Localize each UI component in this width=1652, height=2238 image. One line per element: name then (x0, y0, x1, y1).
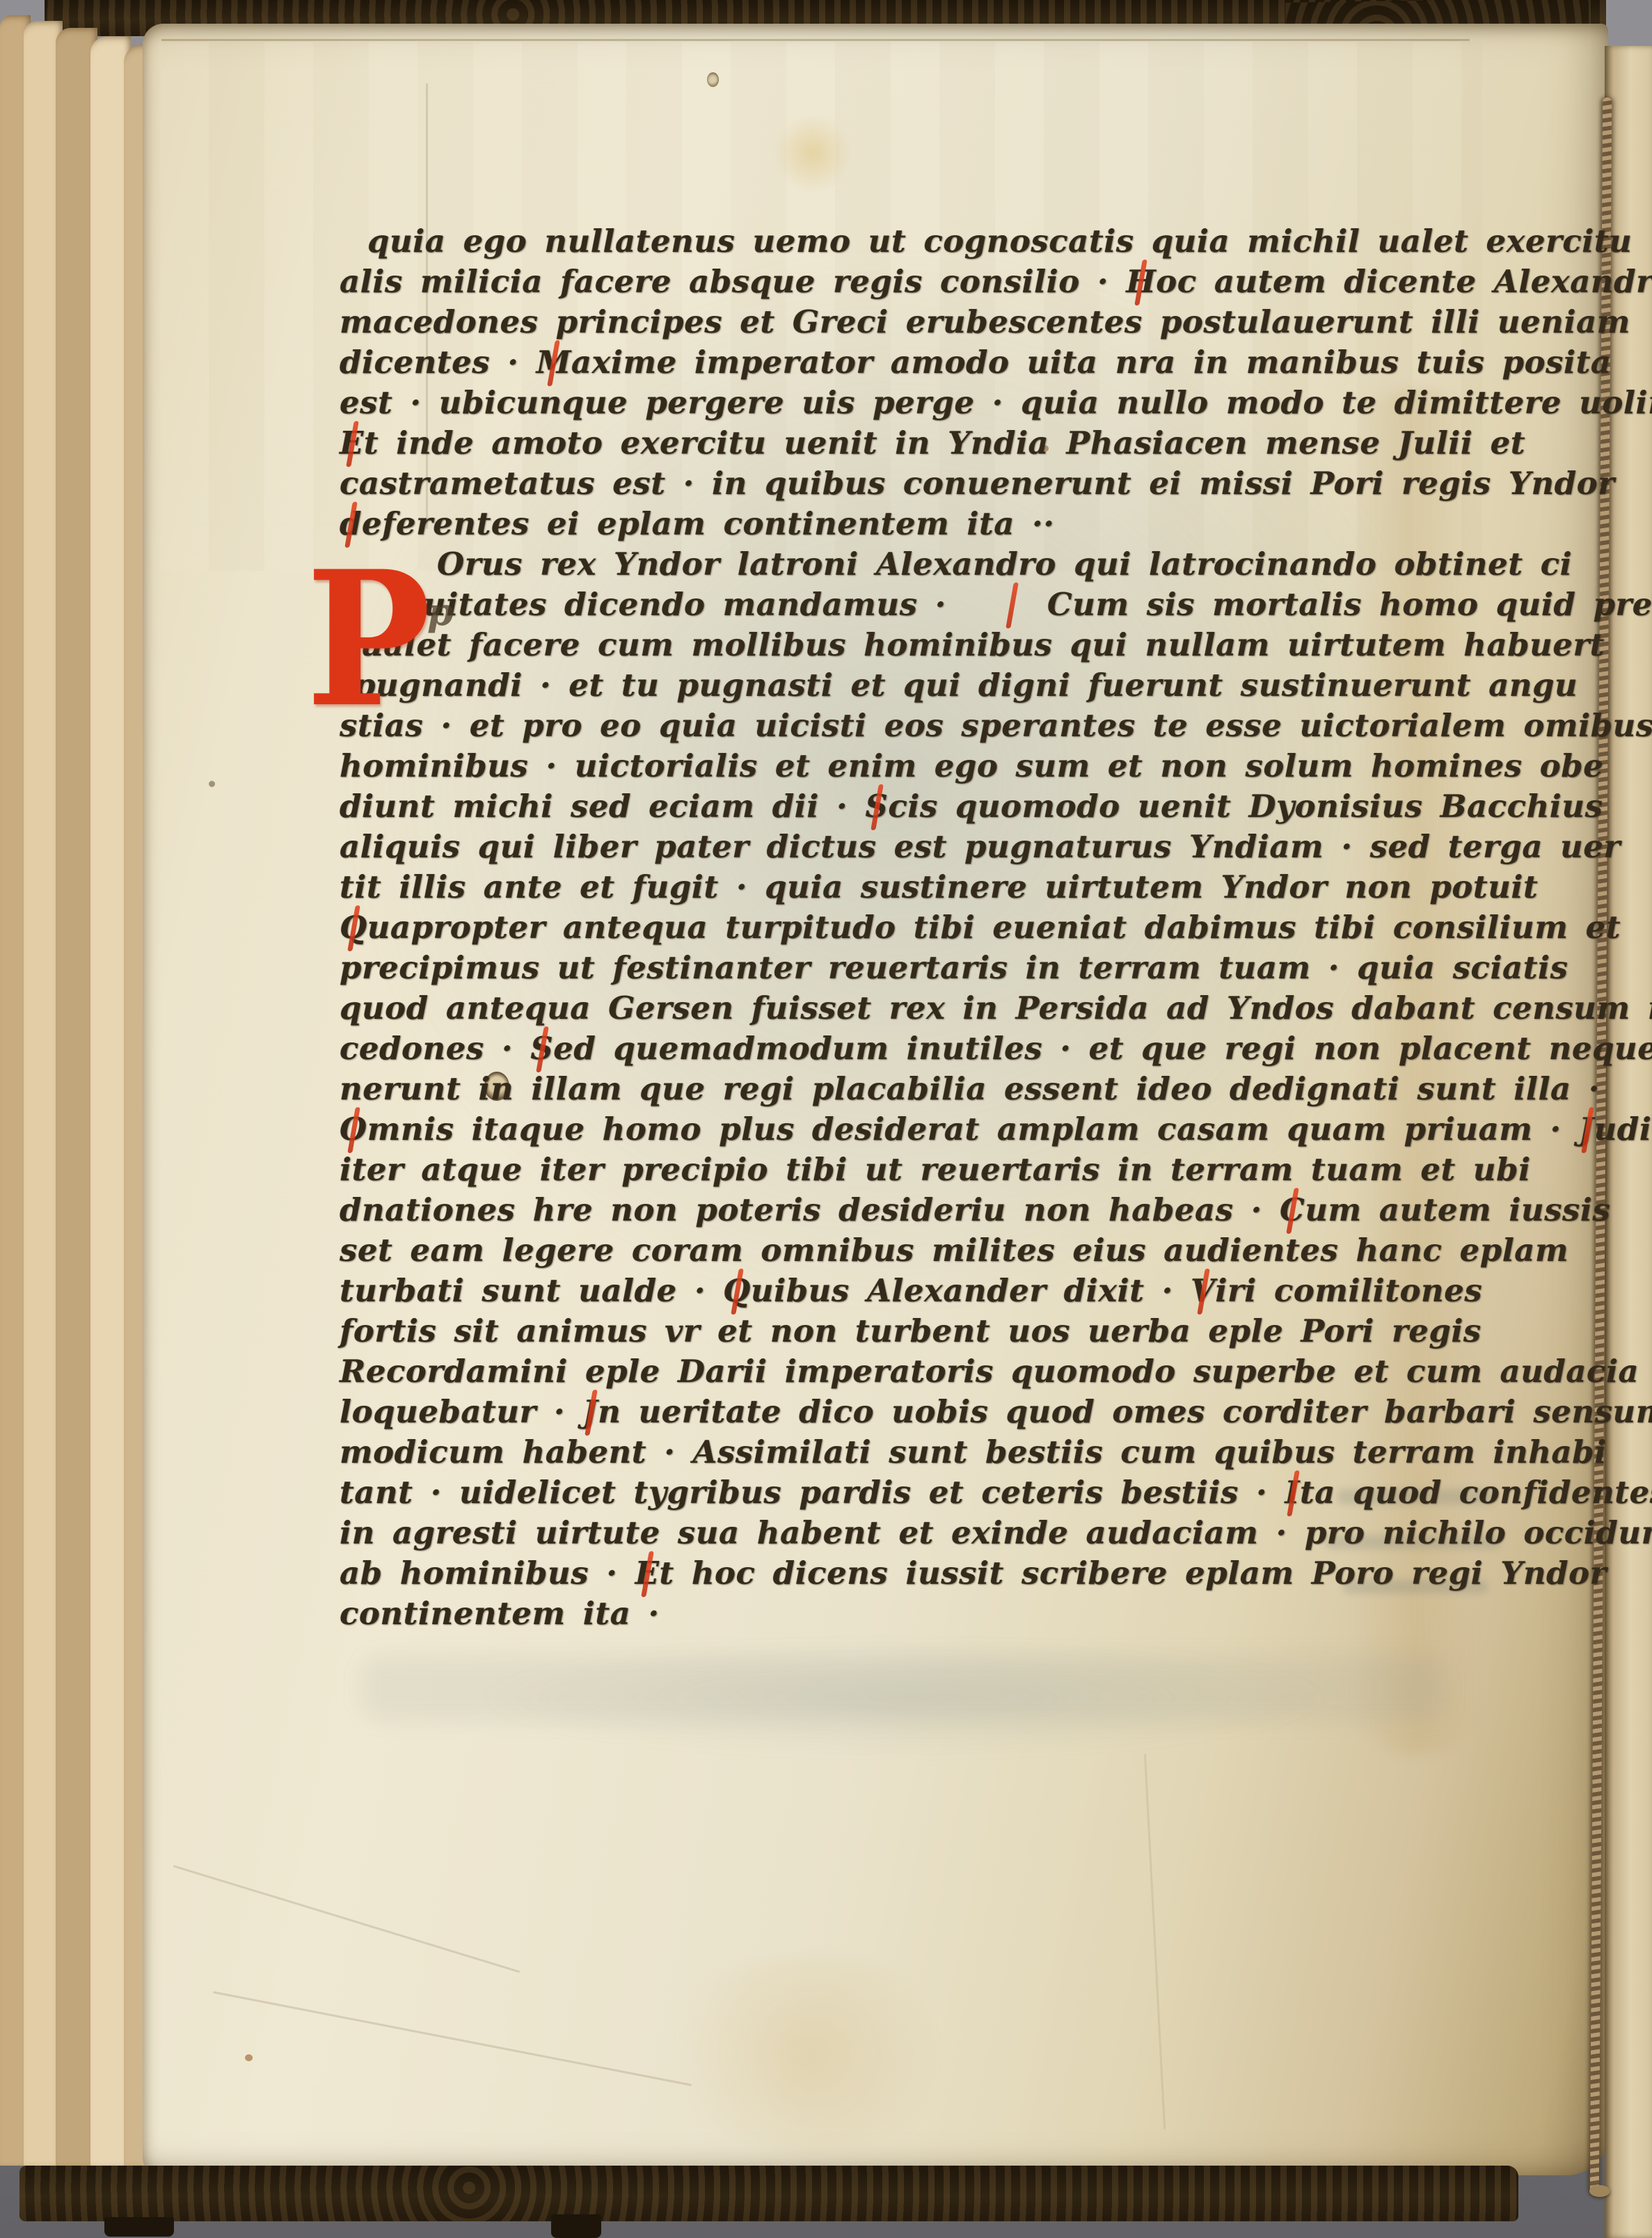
text-block: quia ego nullatenus uemo ut cognoscatis … (340, 221, 1509, 1634)
ink-text: tant · uidelicet tygribus pardis et cete… (340, 1474, 1285, 1511)
ink-text: cedones · (340, 1030, 530, 1067)
rubricated-letter: S (865, 786, 888, 827)
text-line: tant · uidelicet tygribus pardis et cete… (340, 1473, 1509, 1513)
text-line: Et inde amoto exercitu uenit in Yndia Ph… (340, 423, 1509, 463)
text-line: Orus rex Yndor latroni Alexandro qui lat… (340, 544, 1509, 585)
ink-text: modicum habent · Assimilati sunt bestiis… (340, 1434, 1607, 1470)
stain (771, 117, 855, 189)
text-line: fortis sit animus vr et non turbent uos … (340, 1311, 1509, 1351)
ink-text: iri comilitones (1215, 1272, 1482, 1309)
text-line: continentem ita · (340, 1594, 1509, 1634)
ink-text: t hoc dicens iussit scribere eplam Poro … (659, 1555, 1606, 1592)
text-line: ualet facere cum mollibus hominibus qui … (340, 625, 1509, 665)
text-line: castrametatus est · in quibus conuenerun… (340, 463, 1509, 504)
ink-text: ed quemadmodum inutiles · et que regi no… (553, 1030, 1652, 1067)
text-line: loquebatur · Jn ueritate dico uobis quod… (340, 1392, 1509, 1432)
ink-text: quia ego nullatenus uemo ut cognoscatis … (367, 223, 1632, 260)
ink-text: nerunt in illam que regi placabilia esse… (340, 1070, 1600, 1107)
ink-text: udicati (1594, 1111, 1652, 1148)
rubricated-letter: J (1579, 1109, 1594, 1150)
ink-text: n ueritate dico uobis quod omes corditer… (598, 1393, 1652, 1430)
text-line: pugnandi · et tu pugnasti et qui digni f… (340, 665, 1509, 706)
rubricated-letter: I (1285, 1473, 1300, 1513)
ink-text: axime imperator amodo uita nra in manibu… (571, 344, 1612, 381)
ink-text: aliquis qui liber pater dictus est pugna… (340, 828, 1621, 865)
rubricated-letter: C (964, 585, 1072, 625)
rubricated-letter: Q (340, 907, 367, 948)
ink-text: fortis sit animus vr et non turbent uos … (340, 1312, 1482, 1349)
text-line: stias · et pro eo quia uicisti eos spera… (340, 706, 1509, 746)
ink-text: quod antequa Gersen fuisset rex in Persi… (340, 990, 1652, 1026)
ink-text: um sis mortalis homo quid pre (1072, 586, 1652, 623)
ink-text: ab hominibus · (340, 1555, 635, 1592)
ink-text: ta quod confidentes (1300, 1474, 1652, 1511)
text-line: precipimus ut festinanter reuertaris in … (340, 948, 1509, 988)
ink-text: tit illis ante et fugit · quia sustinere… (340, 868, 1538, 905)
text-line: quod antequa Gersen fuisset rex in Persi… (340, 988, 1509, 1029)
speck (209, 781, 215, 787)
rubricated-letter: H (1126, 262, 1156, 302)
ink-text: mnis itaque homo plus desiderat amplam c… (367, 1111, 1579, 1148)
rubricated-letter: E (635, 1553, 660, 1594)
leather-binding-bottom-edge (19, 2166, 1518, 2221)
rubricated-letter: M (537, 342, 571, 383)
text-line: cedones · Sed quemadmodum inutiles · et … (340, 1029, 1509, 1069)
ink-text: turbati sunt ualde · (340, 1272, 723, 1309)
ink-text: um autem iussis (1305, 1191, 1610, 1228)
ink-text: diunt michi sed eciam dii · (340, 788, 865, 825)
binding-clasp-tab (104, 2217, 174, 2237)
ink-text: iter atque iter precipio tibi ut reuerta… (340, 1151, 1531, 1188)
ink-text: cis quomodo uenit Dyonisius Bacchius (888, 788, 1603, 825)
text-line: est · ubicunque pergere uis perge · quia… (340, 383, 1509, 423)
rubricated-letter: O (340, 1109, 367, 1150)
text-line: aliquis qui liber pater dictus est pugna… (340, 827, 1509, 867)
text-line: macedones principes et Greci erubescente… (340, 302, 1509, 342)
text-line: deferentes ei eplam continentem ita ·· (340, 504, 1509, 544)
ink-text: dicentes · (340, 344, 537, 381)
rubricated-letter: J (582, 1392, 598, 1432)
text-line: set eam legere coram omnibus milites eiu… (340, 1230, 1509, 1271)
show-through-text-ghost (362, 1656, 1447, 1720)
stain (654, 1955, 960, 2150)
ink-text: castrametatus est · in quibus conuenerun… (340, 465, 1614, 502)
ink-text: alis milicia facere absque regis consili… (340, 263, 1126, 300)
ink-text: ualet facere cum mollibus hominibus qui … (360, 626, 1605, 663)
ink-text: in agresti uirtute sua habent et exinde … (340, 1514, 1652, 1551)
rubricated-letter: V (1191, 1271, 1215, 1311)
rubricated-letter: E (340, 423, 364, 463)
text-line: modicum habent · Assimilati sunt bestiis… (340, 1432, 1509, 1473)
ink-text: dnationes hre non poteris desideriu non … (340, 1191, 1280, 1228)
ink-text: pugnandi · et tu pugnasti et qui digni f… (354, 667, 1578, 704)
ink-text: uibus Alexander dixit · (751, 1272, 1191, 1309)
text-line: turbati sunt ualde · Quibus Alexander di… (340, 1271, 1509, 1311)
text-line: nerunt in illam que regi placabilia esse… (340, 1069, 1509, 1109)
rubricated-letter: C (1280, 1190, 1305, 1230)
gutter-cord-knob (1589, 2185, 1610, 2197)
text-line: hominibus · uictorialis et enim ego sum … (340, 746, 1509, 786)
text-line: Omnis itaque homo plus desiderat amplam … (340, 1109, 1509, 1150)
ink-text: uitates dicendo mandamus · (423, 586, 964, 623)
text-line: in agresti uirtute sua habent et exinde … (340, 1513, 1509, 1553)
photo-of-manuscript-page: { "manuscript": { "initial_letter": "P",… (0, 0, 1652, 2238)
ink-text: precipimus ut festinanter reuertaris in … (340, 949, 1568, 986)
ink-text: Orus rex Yndor latroni Alexandro qui lat… (437, 546, 1572, 582)
speck (245, 2054, 253, 2061)
ink-text: eferentes ei eplam continentem ita ·· (362, 505, 1054, 542)
ink-text: stias · et pro eo quia uicisti eos spera… (340, 707, 1652, 744)
ink-text: continentem ita · (340, 1595, 660, 1632)
text-line: uitates dicendo mandamus · Cum sis morta… (340, 585, 1509, 625)
ink-text: macedones principes et Greci erubescente… (340, 303, 1630, 340)
text-line: dnationes hre non poteris desideriu non … (340, 1190, 1509, 1230)
text-line: Recordamini eple Darii imperatoris quomo… (340, 1351, 1509, 1392)
ink-text: uapropter antequa turpitudo tibi eueniat… (367, 909, 1621, 946)
text-line: alis milicia facere absque regis consili… (340, 262, 1509, 302)
parchment-pinhole (707, 72, 719, 87)
text-line: tit illis ante et fugit · quia sustinere… (340, 867, 1509, 907)
rubricated-initial-P: P (306, 568, 431, 713)
rubricated-letter: Q (723, 1271, 751, 1311)
text-line: dicentes · Maxime imperator amodo uita n… (340, 342, 1509, 383)
text-line: ab hominibus · Et hoc dicens iussit scri… (340, 1553, 1509, 1594)
ink-text: Recordamini eple Darii imperatoris quomo… (340, 1353, 1639, 1390)
ink-text: loquebatur · (340, 1393, 582, 1430)
ink-text: t inde amoto exercitu uenit in Yndia Pha… (364, 424, 1525, 461)
text-line: quia ego nullatenus uemo ut cognoscatis … (340, 221, 1509, 262)
top-ruling-line (161, 39, 1470, 41)
binding-clasp-tab (551, 2214, 601, 2238)
text-line: iter atque iter precipio tibi ut reuerta… (340, 1150, 1509, 1190)
text-line: Quapropter antequa turpitudo tibi euenia… (340, 907, 1509, 948)
rubricated-letter: S (530, 1029, 553, 1069)
ink-text: set eam legere coram omnibus milites eiu… (340, 1232, 1568, 1269)
ink-text: oc autem dicente Alexandro oes (1156, 263, 1652, 300)
ink-text: est · ubicunque pergere uis perge · quia… (340, 384, 1652, 421)
guide-letter: p (427, 593, 454, 630)
ink-text: hominibus · uictorialis et enim ego sum … (340, 747, 1603, 784)
text-line: diunt michi sed eciam dii · Scis quomodo… (340, 786, 1509, 827)
